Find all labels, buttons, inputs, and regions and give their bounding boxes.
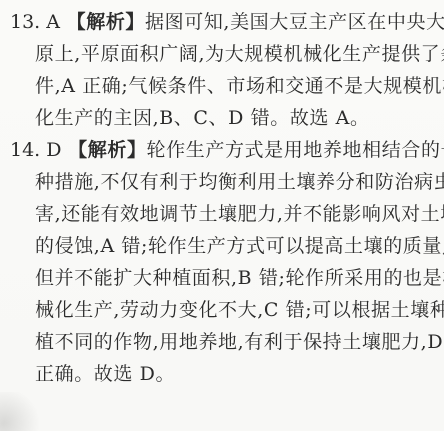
item-14-first-line: 14. D 【解析】轮作生产方式是用地养地相结合的一	[10, 139, 444, 161]
item-14-number: 14. D	[10, 139, 62, 161]
item-14-text-line-7: 植不同的作物,用地养地,有利于保持土壤肥力,D	[35, 331, 443, 353]
item-14-text-line-4: 的侵蚀,A 错;轮作生产方式可以提高土壤的质量,	[35, 235, 444, 257]
item-14-text-line-3: 害,还能有效地调节土壤肥力,并不能影响风对土壤	[35, 203, 444, 225]
item-13-analysis-tag: 【解析】	[67, 11, 145, 33]
answer-explanation-page: 13. A 【解析】据图可知,美国大豆主产区在中央大平 原上,平原面积广阔,为大…	[0, 0, 444, 431]
page-shadow-decoration	[0, 392, 40, 431]
item-13-text-line-3: 件,A 正确;气候条件、市场和交通不是大规模机械	[35, 75, 444, 97]
item-14-text-line-5: 但并不能扩大种植面积,B 错;轮作所采用的也是机	[35, 267, 444, 289]
item-14-text-line-1: 轮作生产方式是用地养地相结合的一	[147, 139, 444, 161]
item-13-text-line-4: 化生产的主因,B、C、D 错。故选 A。	[35, 107, 370, 129]
item-14-text-line-2: 种措施,不仅有利于均衡利用土壤养分和防治病虫	[35, 171, 444, 193]
item-14-text-line-8: 正确。故选 D。	[35, 363, 175, 385]
item-13-text-line-2: 原上,平原面积广阔,为大规模机械化生产提供了条	[35, 43, 444, 65]
item-13-first-line: 13. A 【解析】据图可知,美国大豆主产区在中央大平	[10, 11, 444, 33]
item-13-text-line-1: 据图可知,美国大豆主产区在中央大平	[145, 11, 444, 33]
item-13-number: 13. A	[10, 11, 60, 33]
item-14-text-line-6: 械化生产,劳动力变化不大,C 错;可以根据土壤种	[35, 299, 444, 321]
item-14-analysis-tag: 【解析】	[68, 139, 146, 161]
